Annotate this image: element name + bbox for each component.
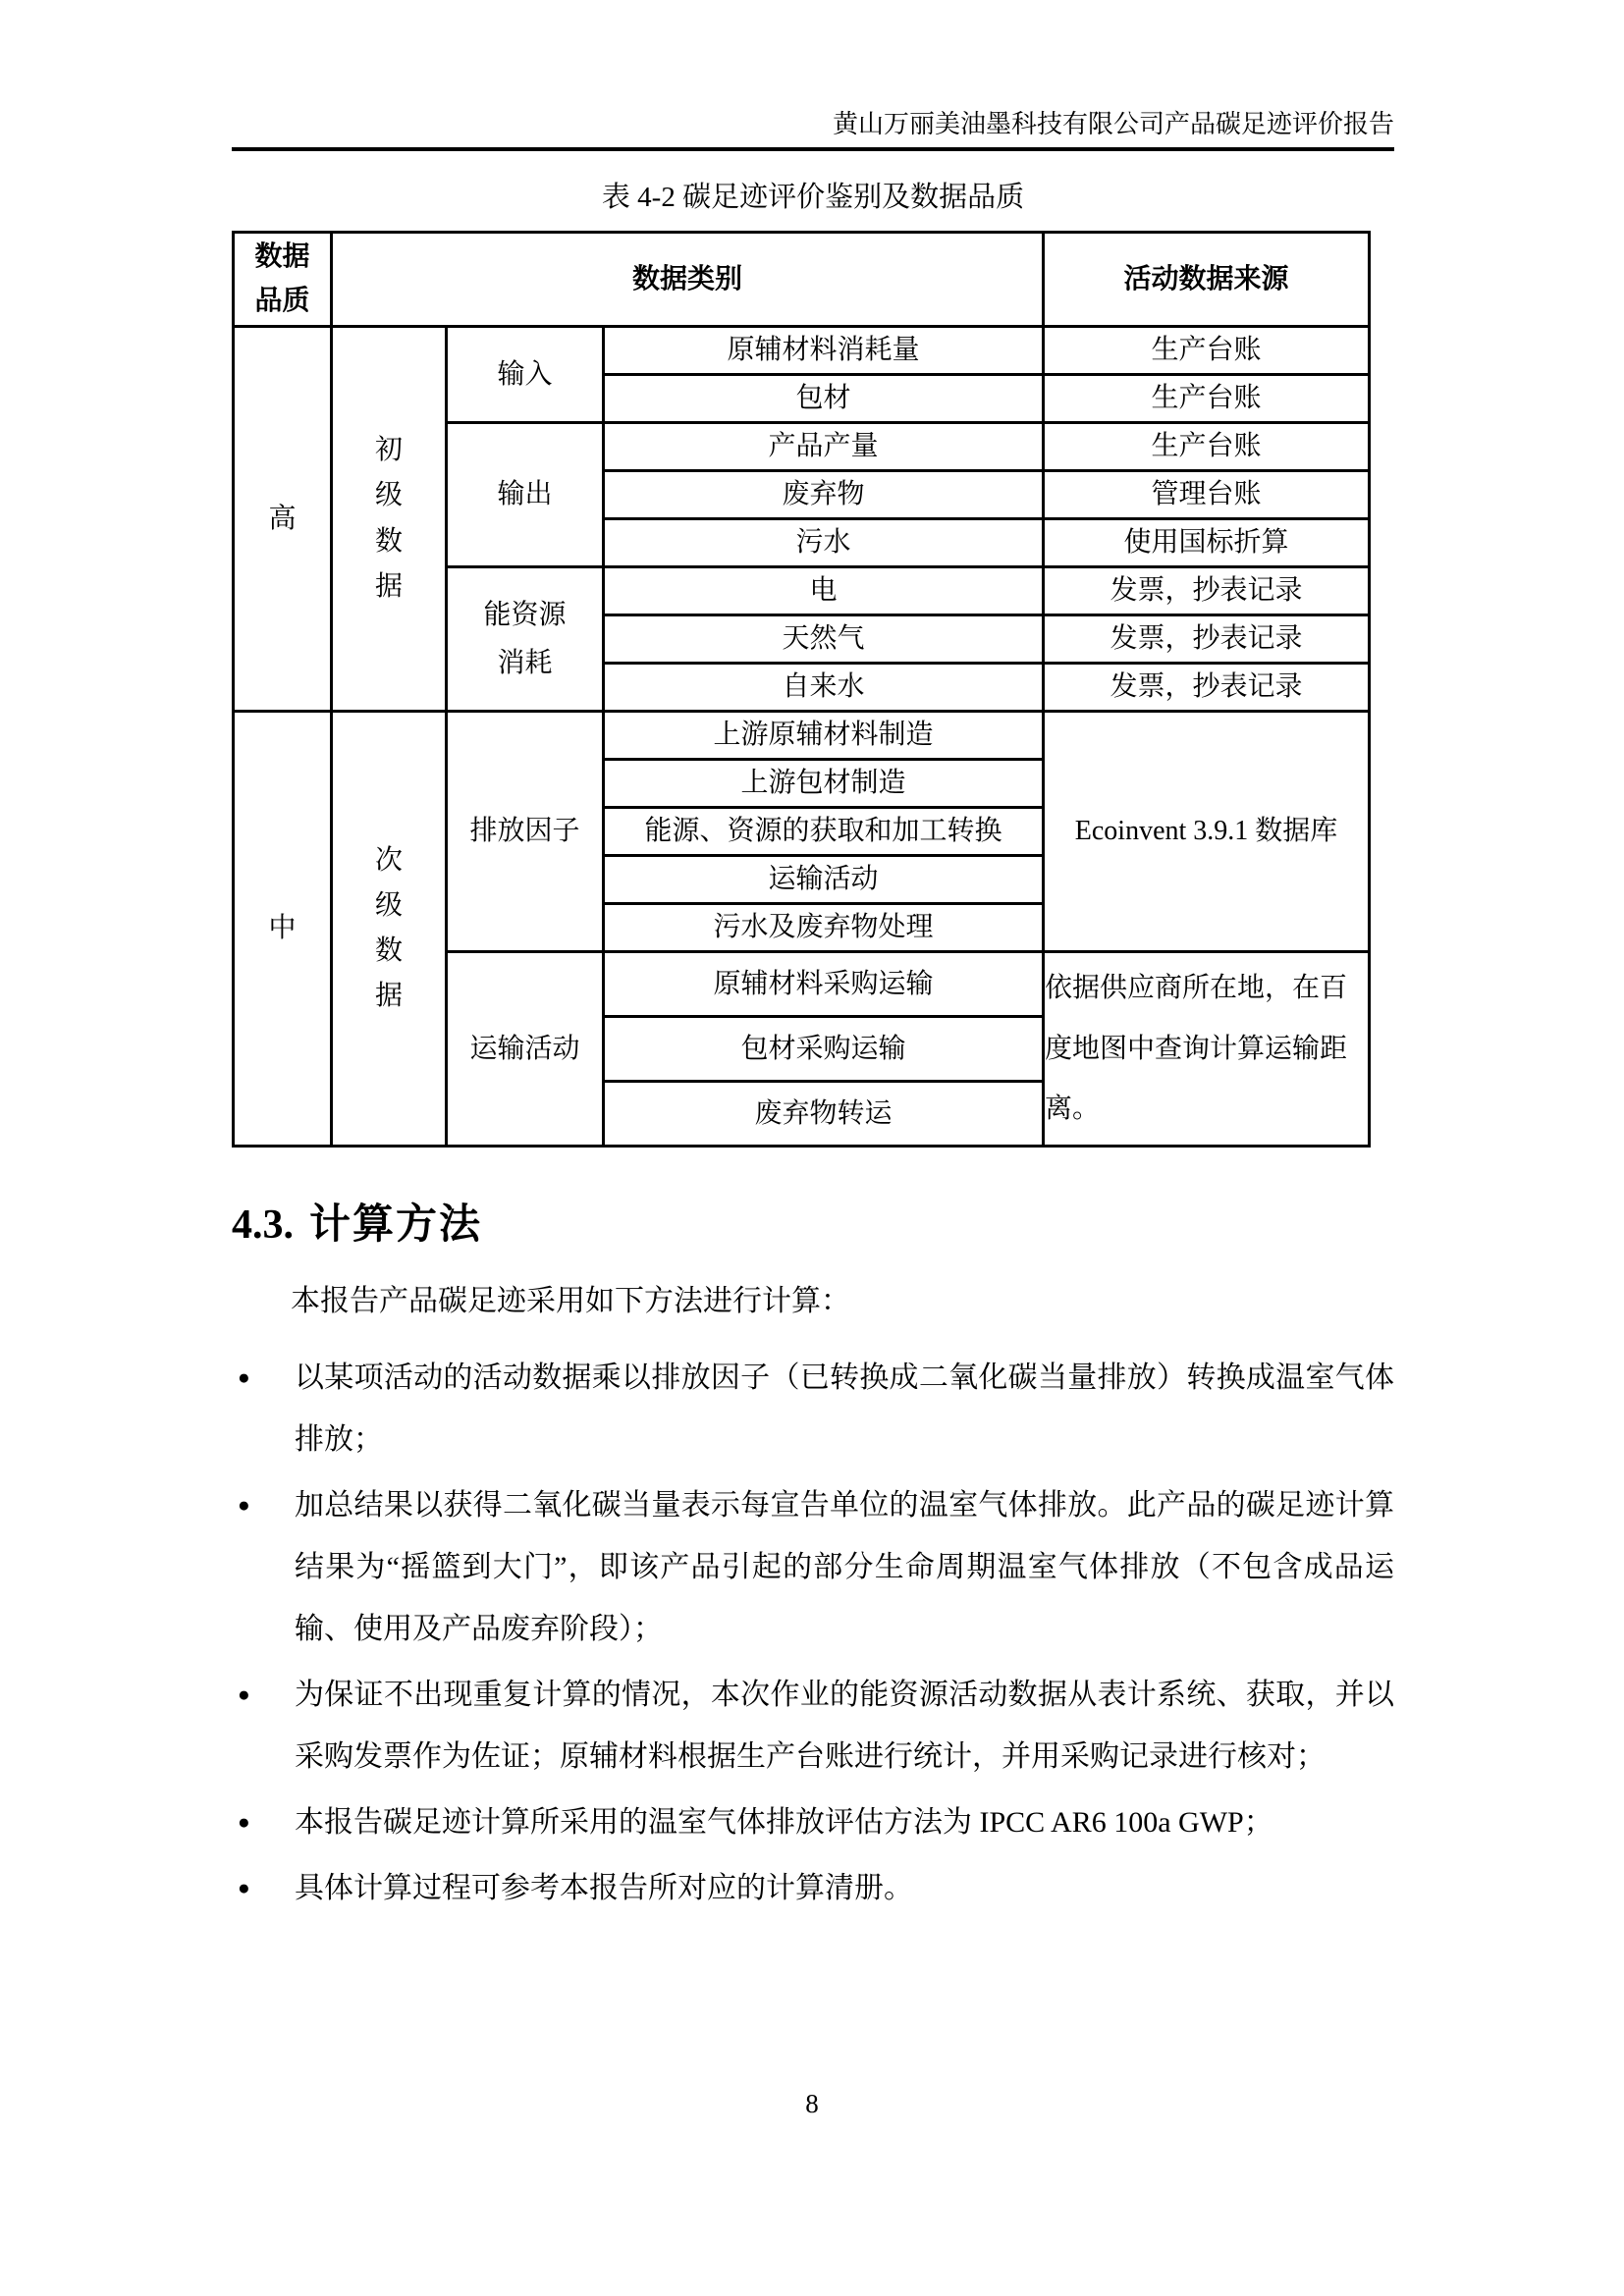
cell-level-secondary: 次级数据 bbox=[332, 712, 447, 1147]
cell-category-emission-factor: 排放因子 bbox=[447, 712, 604, 952]
page-header: 黄山万丽美油墨科技有限公司产品碳足迹评价报告 bbox=[232, 0, 1394, 151]
bullet-text: 加总结果以获得二氧化碳当量表示每宣告单位的温室气体排放。此产品的碳足迹计算结果为… bbox=[295, 1474, 1394, 1660]
bullet-text: 以某项活动的活动数据乘以排放因子（已转换成二氧化碳当量排放）转换成温室气体排放； bbox=[295, 1347, 1394, 1470]
cell-item: 上游包材制造 bbox=[604, 760, 1044, 808]
running-head: 黄山万丽美油墨科技有限公司产品碳足迹评价报告 bbox=[232, 108, 1394, 141]
col-header-activity-source: 活动数据来源 bbox=[1044, 233, 1370, 327]
cell-item: 包材 bbox=[604, 375, 1044, 423]
cell-source-emission-factor: Ecoinvent 3.9.1 数据库 bbox=[1044, 712, 1370, 952]
cell-item: 上游原辅材料制造 bbox=[604, 712, 1044, 760]
bullet-marker: ● bbox=[232, 1791, 295, 1853]
bullet-marker: ● bbox=[232, 1347, 295, 1470]
cell-item: 原辅材料采购运输 bbox=[604, 952, 1044, 1017]
cell-source: 发票，抄表记录 bbox=[1044, 615, 1370, 664]
bullet-marker: ● bbox=[232, 1857, 295, 1919]
cell-item: 电 bbox=[604, 567, 1044, 615]
cell-item: 污水 bbox=[604, 519, 1044, 567]
cell-item: 天然气 bbox=[604, 615, 1044, 664]
cell-category-output: 输出 bbox=[447, 423, 604, 567]
bullet-list: ● 以某项活动的活动数据乘以排放因子（已转换成二氧化碳当量排放）转换成温室气体排… bbox=[232, 1347, 1394, 1919]
bullet-item: ● 以某项活动的活动数据乘以排放因子（已转换成二氧化碳当量排放）转换成温室气体排… bbox=[232, 1347, 1394, 1470]
cell-quality-medium: 中 bbox=[234, 712, 332, 1147]
cell-level-primary: 初级数据 bbox=[332, 327, 447, 712]
content-column: 黄山万丽美油墨科技有限公司产品碳足迹评价报告 表 4-2 碳足迹评价鉴别及数据品… bbox=[232, 0, 1394, 1919]
cell-item: 污水及废弃物处理 bbox=[604, 904, 1044, 952]
bullet-text: 为保证不出现重复计算的情况，本次作业的能资源活动数据从表计系统、获取，并以采购发… bbox=[295, 1664, 1394, 1788]
cell-source: 生产台账 bbox=[1044, 423, 1370, 471]
cell-item: 废弃物转运 bbox=[604, 1082, 1044, 1147]
cell-item: 废弃物 bbox=[604, 471, 1044, 519]
bullet-item: ● 本报告碳足迹计算所采用的温室气体排放评估方法为 IPCC AR6 100a … bbox=[232, 1791, 1394, 1853]
cell-source: 使用国标折算 bbox=[1044, 519, 1370, 567]
cell-source: 生产台账 bbox=[1044, 327, 1370, 375]
bullet-item: ● 具体计算过程可参考本报告所对应的计算清册。 bbox=[232, 1857, 1394, 1919]
bullet-item: ● 加总结果以获得二氧化碳当量表示每宣告单位的温室气体排放。此产品的碳足迹计算结… bbox=[232, 1474, 1394, 1660]
cell-category-energy-label: 能资源消耗 bbox=[479, 591, 569, 687]
cell-source-transport-label: 依据供应商所在地，在百度地图中查询计算运输距离。 bbox=[1045, 958, 1368, 1140]
cell-category-input: 输入 bbox=[447, 327, 604, 423]
page-footer: 8 bbox=[0, 2089, 1624, 2119]
cell-item: 运输活动 bbox=[604, 856, 1044, 904]
bullet-item: ● 为保证不出现重复计算的情况，本次作业的能资源活动数据从表计系统、获取，并以采… bbox=[232, 1664, 1394, 1788]
header-rule bbox=[232, 147, 1394, 151]
bullet-text: 具体计算过程可参考本报告所对应的计算清册。 bbox=[295, 1857, 1394, 1919]
table-caption: 表 4-2 碳足迹评价鉴别及数据品质 bbox=[232, 179, 1394, 216]
cell-category-transport: 运输活动 bbox=[447, 952, 604, 1147]
document-page: 黄山万丽美油墨科技有限公司产品碳足迹评价报告 表 4-2 碳足迹评价鉴别及数据品… bbox=[0, 0, 1624, 2296]
col-header-data-category: 数据类别 bbox=[332, 233, 1044, 327]
section-number: 4.3. bbox=[232, 1202, 294, 1248]
table-row: 中 次级数据 排放因子 上游原辅材料制造 Ecoinvent 3.9.1 数据库 bbox=[234, 712, 1370, 760]
cell-source: 生产台账 bbox=[1044, 375, 1370, 423]
intro-paragraph: 本报告产品碳足迹采用如下方法进行计算： bbox=[232, 1282, 1394, 1321]
data-quality-table: 数据品质 数据类别 活动数据来源 高 初级数据 输入 原辅材料消耗量 生产台账 … bbox=[232, 231, 1371, 1148]
bullet-marker: ● bbox=[232, 1474, 295, 1660]
page-number: 8 bbox=[805, 2089, 819, 2118]
bullet-marker: ● bbox=[232, 1664, 295, 1788]
cell-source: 发票，抄表记录 bbox=[1044, 567, 1370, 615]
cell-item: 能源、资源的获取和加工转换 bbox=[604, 808, 1044, 856]
cell-quality-high: 高 bbox=[234, 327, 332, 712]
cell-item: 原辅材料消耗量 bbox=[604, 327, 1044, 375]
cell-item: 自来水 bbox=[604, 664, 1044, 712]
cell-source: 发票，抄表记录 bbox=[1044, 664, 1370, 712]
cell-level-secondary-label: 次级数据 bbox=[374, 838, 405, 1020]
cell-source-transport: 依据供应商所在地，在百度地图中查询计算运输距离。 bbox=[1044, 952, 1370, 1147]
table-header-row: 数据品质 数据类别 活动数据来源 bbox=[234, 233, 1370, 327]
bullet-text: 本报告碳足迹计算所采用的温室气体排放评估方法为 IPCC AR6 100a GW… bbox=[295, 1791, 1394, 1853]
table-row: 高 初级数据 输入 原辅材料消耗量 生产台账 bbox=[234, 327, 1370, 375]
cell-source: 管理台账 bbox=[1044, 471, 1370, 519]
col-header-data-quality-label: 数据品质 bbox=[252, 236, 313, 324]
cell-level-primary-label: 初级数据 bbox=[374, 428, 405, 610]
cell-item: 包材采购运输 bbox=[604, 1017, 1044, 1082]
cell-category-energy: 能资源消耗 bbox=[447, 567, 604, 712]
section-heading: 4.3.计算方法 bbox=[232, 1201, 1394, 1249]
col-header-data-quality: 数据品质 bbox=[234, 233, 332, 327]
cell-item: 产品产量 bbox=[604, 423, 1044, 471]
section-title: 计算方法 bbox=[309, 1201, 482, 1247]
